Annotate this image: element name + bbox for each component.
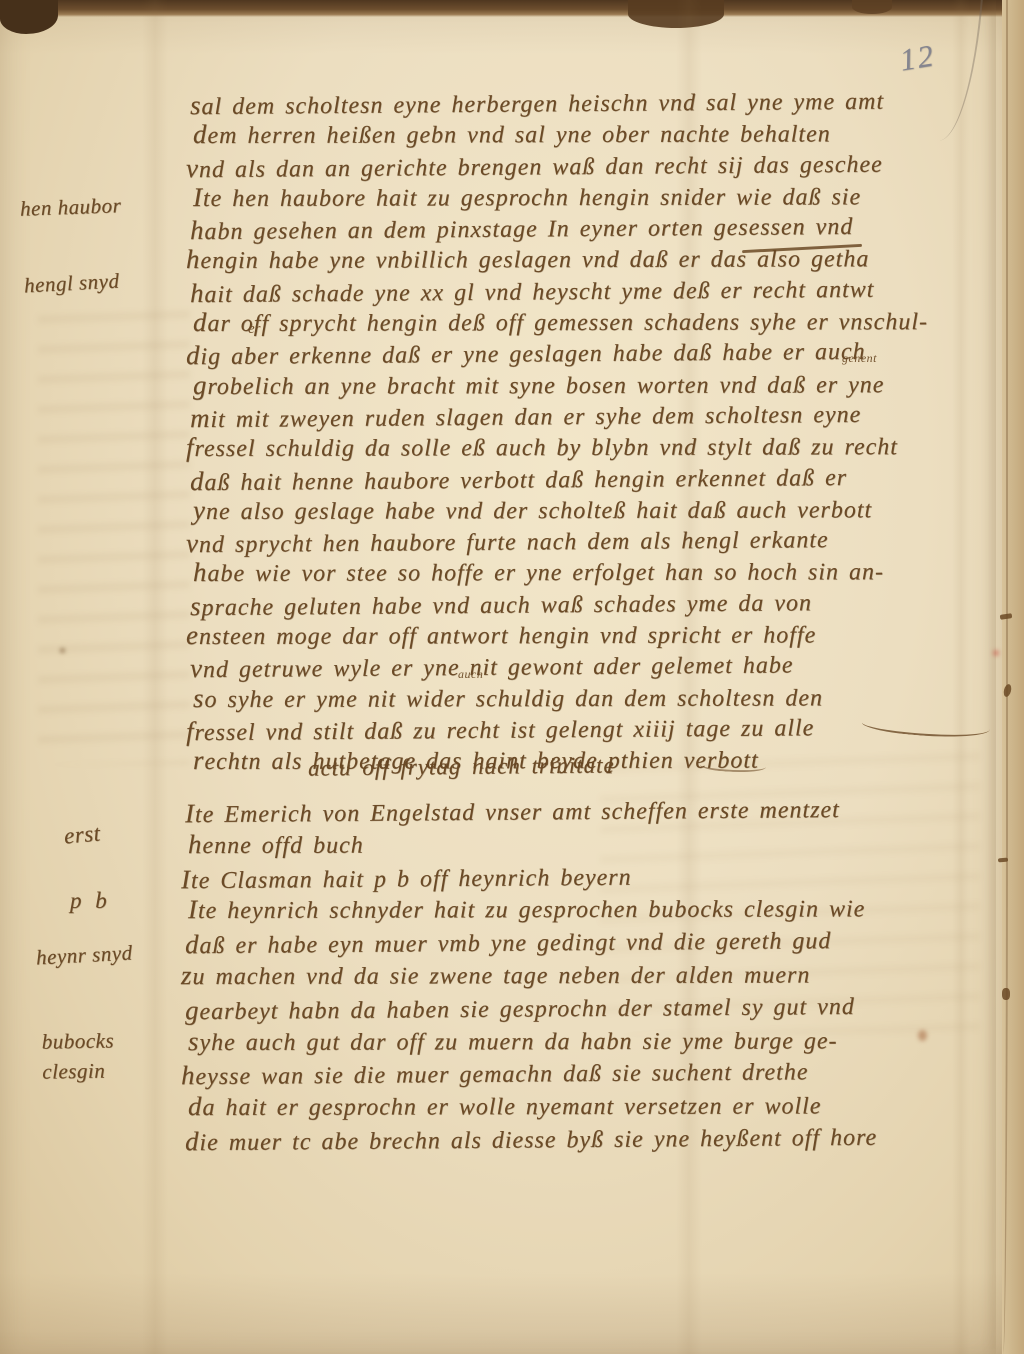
text-line: so syhe er yme nit wider schuldig dan de… — [193, 682, 996, 715]
text-line: syhe auch gut dar off zu muern da habn s… — [188, 1024, 1000, 1059]
text-line: hait daß schade yne xx gl vnd heyscht ym… — [190, 273, 996, 311]
manuscript-page: 12 hen haubor hengl snyd erst p b heynr … — [0, 0, 1024, 1354]
text-line: fressel schuldig da solle eß auch by bly… — [186, 431, 996, 464]
heading-date-line: actu off frytag nach trinitate — [308, 752, 615, 781]
text-line: Ite Clasman hait p b off heynrich beyern — [181, 857, 1000, 896]
text-line: daß er habe eyn muer vmb yne gedingt vnd… — [185, 923, 1000, 962]
text-line: Ite Emerich von Engelstad vnser amt sche… — [185, 792, 1000, 831]
text-line: vnd getruwe wyle er yne nit gewont ader … — [190, 648, 996, 686]
folio-number-pencil: 12 — [897, 37, 937, 78]
ink-speck — [60, 648, 65, 653]
margin-note-heynr-snyd: heynr snyd — [35, 937, 133, 972]
margin-note-bubocks-clesgin: bubocks clesgin — [41, 1025, 114, 1086]
margin-note-hen-haubor: hen haubor — [20, 190, 122, 224]
text-line: ensteen moge dar off antwort hengin vnd … — [186, 619, 996, 652]
interlinear-insertion: er — [248, 321, 261, 338]
text-line: dar off sprycht hengin deß off gemessen … — [193, 306, 996, 339]
text-line: die muer tc abe brechn als diesse byß si… — [185, 1120, 1000, 1159]
text-line: yne also geslage habe vnd der scholteß h… — [193, 494, 996, 527]
binding-edge-nub — [852, 0, 892, 14]
text-line: gearbeyt habn da haben sie gesprochn der… — [185, 989, 1000, 1028]
margin-note-erst: erst — [63, 818, 102, 851]
text-line: heysse wan sie die muer gemachn daß sie … — [181, 1054, 1000, 1093]
text-line: sal dem scholtesn eyne herbergen heischn… — [190, 85, 996, 123]
verso-bleedthrough — [38, 295, 190, 765]
text-line: Ite heynrich schnyder hait zu gesprochen… — [188, 892, 1000, 927]
text-line: mit mit zweyen ruden slagen dan er syhe … — [190, 398, 996, 436]
entry-block-1: sal dem scholtesn eyne herbergen heischn… — [190, 88, 996, 777]
text-line: henne offd buch — [188, 827, 1000, 862]
text-line: Ite hen haubore hait zu gesprochn hengin… — [193, 181, 996, 214]
text-line: sprache geluten habe vnd auch waß schade… — [190, 586, 996, 624]
text-line: zu machen vnd da sie zwene tage neben de… — [181, 958, 1000, 993]
text-line: dem herren heißen gebn vnd sal yne ober … — [193, 118, 996, 151]
text-line: vnd als dan an gerichte brengen waß dan … — [186, 147, 996, 185]
interlinear-insertion: auch — [458, 667, 483, 682]
margin-note-hengl-snyd: hengl snyd — [23, 266, 120, 301]
text-line: daß hait henne haubore verbott daß hengi… — [190, 460, 996, 498]
text-line: habn gesehen an dem pinxstage In eyner o… — [190, 210, 996, 248]
edge-ink-fragment — [1002, 988, 1010, 1000]
text-line: grobelich an yne bracht mit syne bosen w… — [193, 369, 996, 402]
text-line: habe wie vor stee so hoffe er yne erfolg… — [193, 556, 996, 589]
interlinear-insertion: genent — [842, 351, 877, 366]
text-line: vnd sprycht hen haubore furte nach dem a… — [186, 523, 996, 561]
text-line: hengin habe yne vnbillich geslagen vnd d… — [186, 243, 996, 276]
entry-block-2: Ite Emerich von Engelstad vnser amt sche… — [185, 795, 1000, 1156]
text-line: da hait er gesprochn er wolle nyemant ve… — [188, 1089, 1000, 1124]
margin-note-p-b: p b — [70, 886, 111, 916]
